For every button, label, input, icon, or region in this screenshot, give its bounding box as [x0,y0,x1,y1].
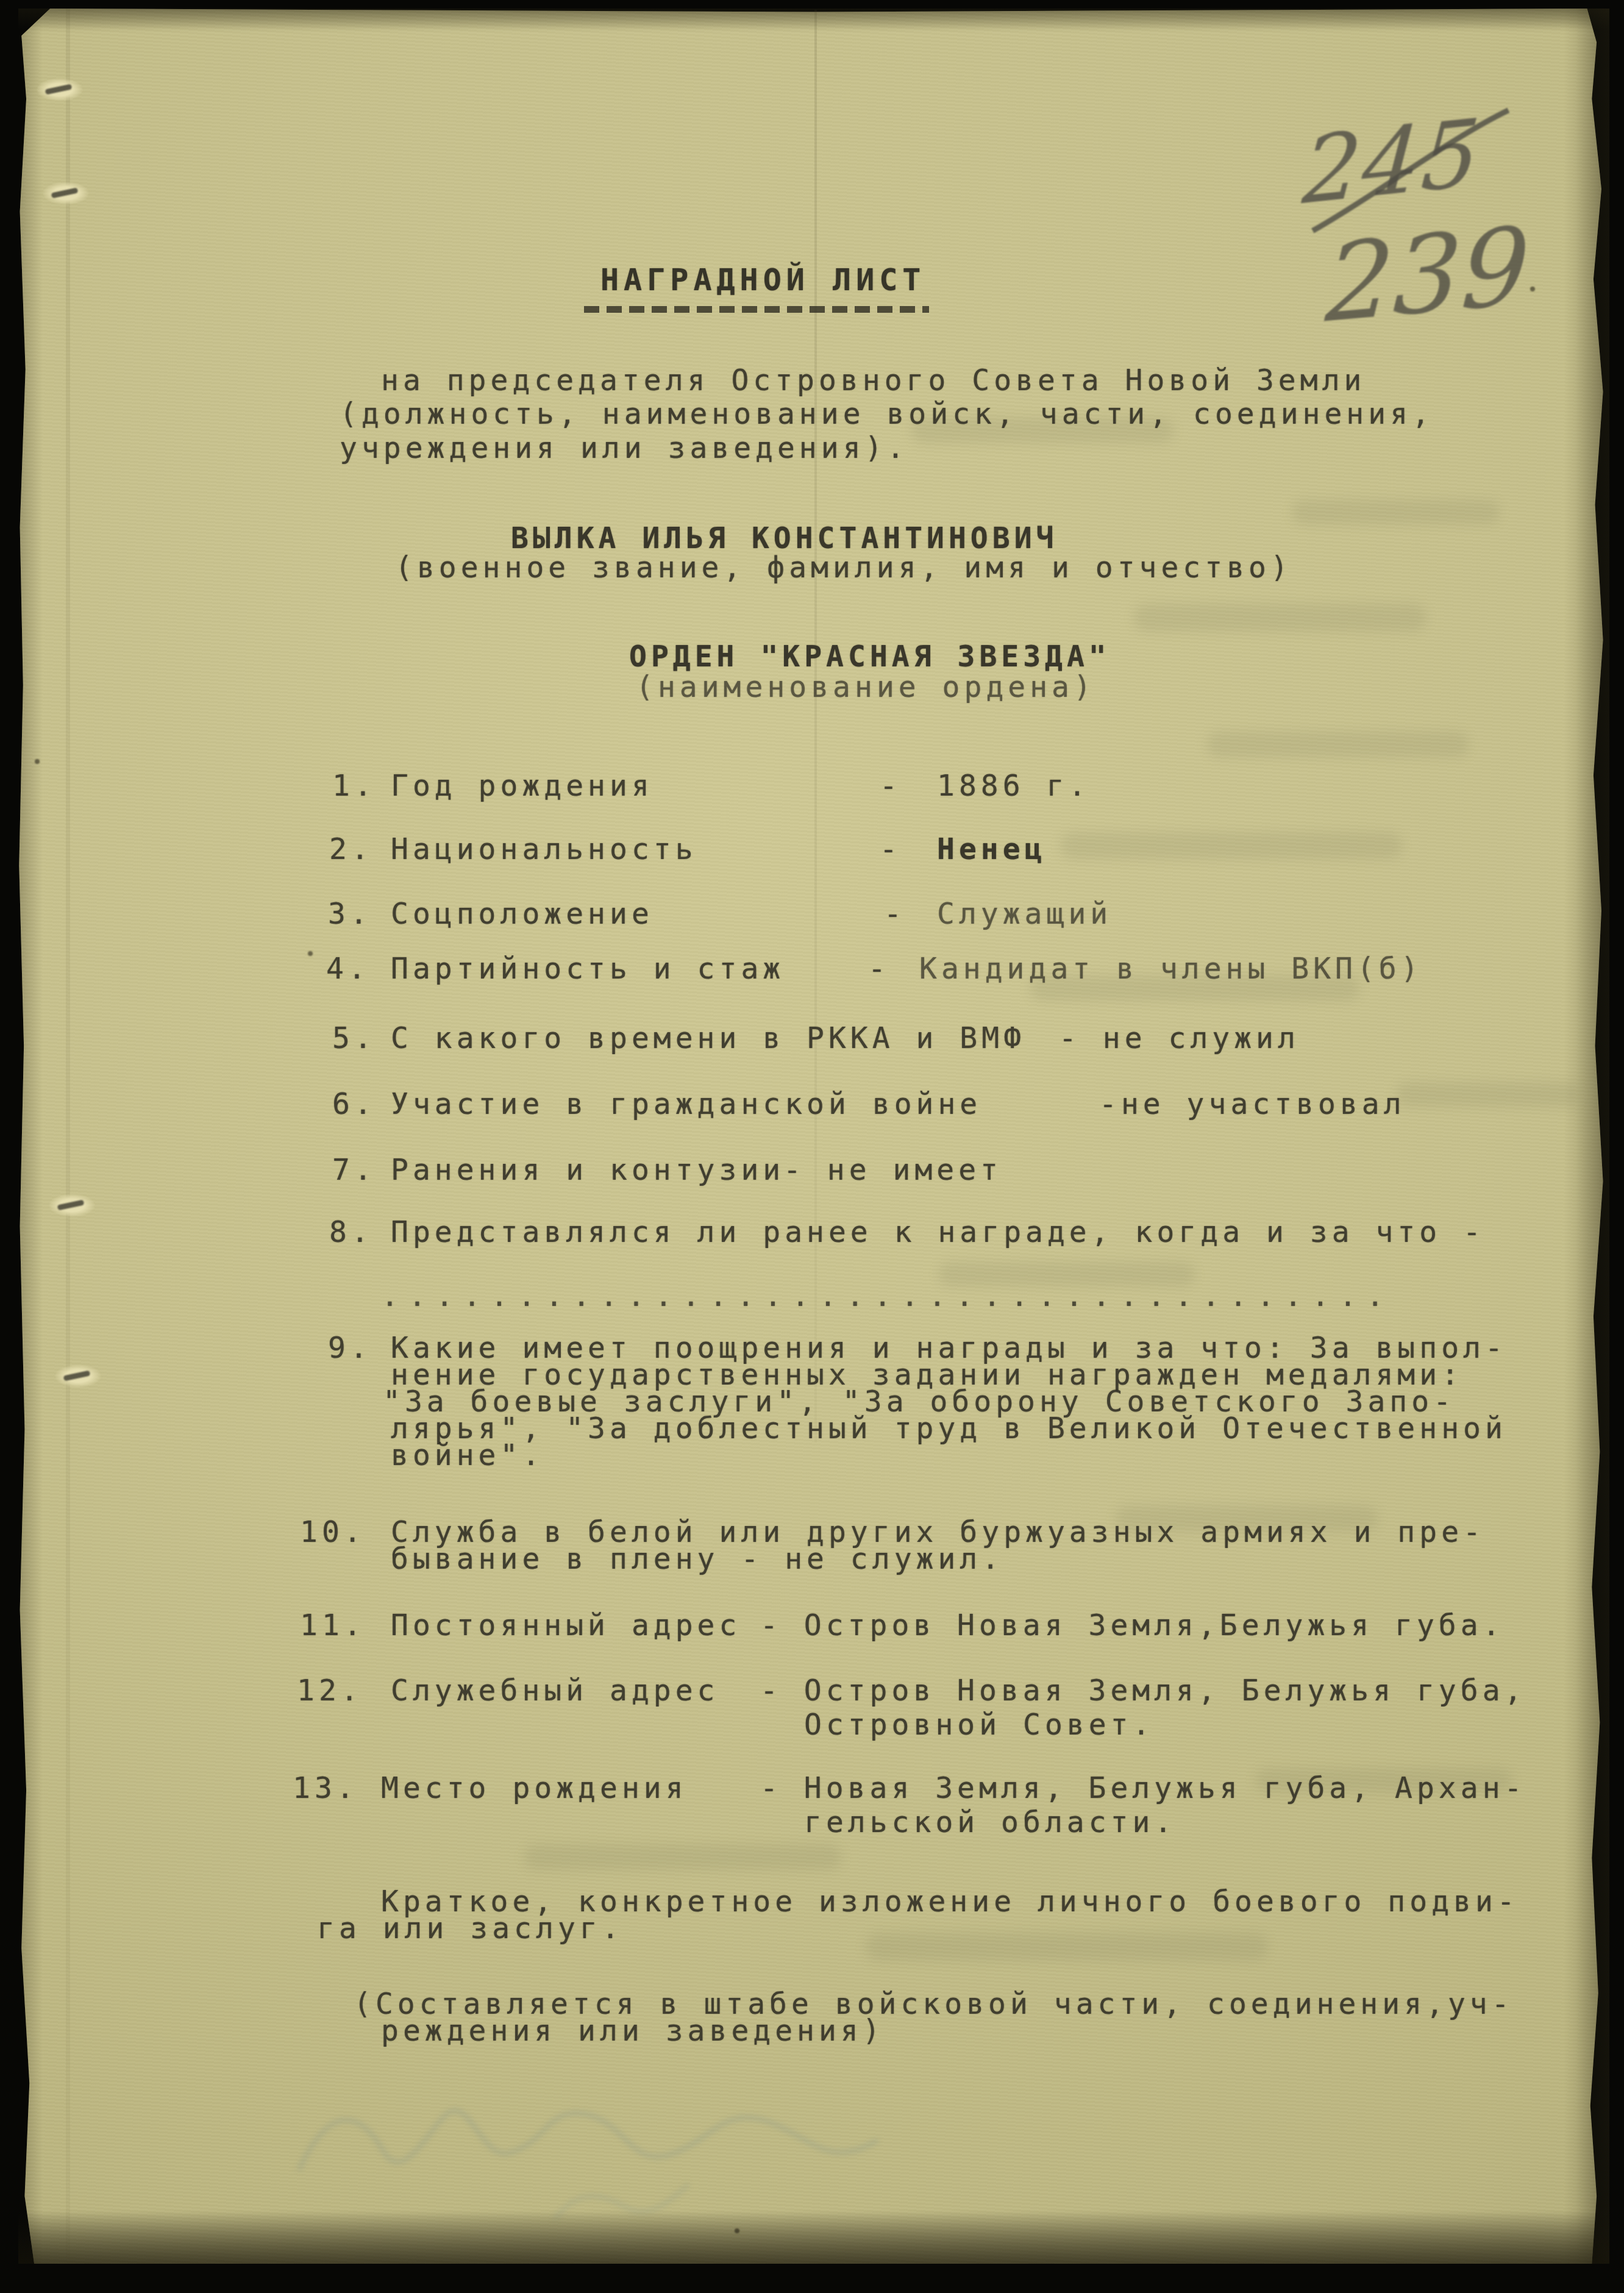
field-6-value: -не участвовал [1099,1088,1406,1121]
bleedthrough-smudge [1061,832,1402,859]
field-6-number: 6. [332,1088,376,1121]
document-title: НАГРАДНОЙ ЛИСТ [600,263,925,298]
field-9-line-4: лярья", "За доблестный труд в Великой От… [391,1412,1507,1446]
bleedthrough-smudge [866,1933,1268,1961]
field-2-number: 2. [329,833,373,866]
field-4-number: 4. [326,952,370,986]
summary-line-2: га или заслуг. [317,1912,624,1945]
bleedthrough-smudge [1396,1082,1579,1107]
field-4-label: Партийность и стаж [391,952,785,986]
field-5-number: 5. [332,1022,376,1055]
field-8-dots: ..................................... [381,1280,1394,1313]
field-6-label: Участие в гражданской войне [391,1088,981,1121]
handwritten-page-number: 239 [1323,204,1532,347]
field-11-number: 11. [300,1609,366,1642]
paper-speck [35,759,40,764]
award-name: ОРДЕН "КРАСНАЯ ЗВЕЗДА" [629,640,1111,674]
field-7-number: 7. [332,1154,376,1187]
position-line-2: (должность, наименование войск, части, с… [340,398,1434,431]
field-10-number: 10. [300,1516,366,1549]
field-12-number: 12. [297,1674,363,1708]
bleedthrough-smudge [1207,732,1469,757]
ghost-handwriting [262,2049,1116,2244]
field-5-value: - не служил [1059,1022,1300,1055]
position-line-3: учреждения или заведения). [340,432,908,465]
scan-background: 245 239 НАГРАДНОЙ ЛИСТ на председателя О… [0,0,1624,2293]
field-4-value: Кандидат в члены ВКП(б) [919,952,1423,986]
award-name-caption: (наименование ордена) [636,671,1095,704]
bleedthrough-smudge [524,1844,841,1870]
field-3-dash: - [884,897,906,931]
field-13-number: 13. [293,1772,358,1805]
pin-hole [43,182,89,205]
document-content: 245 239 НАГРАДНОЙ ЛИСТ на председателя О… [0,0,1624,2293]
field-13-label: Место рождения [381,1772,688,1805]
awardee-name-caption: (военное звание, фамилия, имя и отчество… [395,551,1292,585]
field-7-label: Ранения и контузии [391,1154,785,1187]
position-line-1: на председателя Островного Совета Новой … [381,364,1366,398]
note-line-2: реждения или заведения) [381,2014,885,2048]
field-3-number: 3. [328,897,372,931]
field-3-label: Соцположение [391,897,654,931]
paper-speck [1530,287,1535,291]
field-2-dash: - [880,833,902,866]
field-5-label: С какого времени в РККА и ВМФ [391,1022,1025,1055]
pin-hole [37,78,83,101]
field-1-dash: - [880,769,902,803]
field-12-value-2: Островной Совет. [804,1708,1154,1742]
bleedthrough-smudge [1292,500,1500,524]
field-13-value: - Новая Земля, Белужья губа, Архан- [760,1772,1526,1805]
pin-hole [49,1194,95,1217]
bleedthrough-smudge [1134,604,1426,632]
field-12-label: Служебный адрес [391,1674,719,1708]
field-11-value: - Остров Новая Земля,Белужья губа. [760,1609,1505,1642]
field-3-value: Служащий [937,897,1112,931]
field-2-label: Национальность [391,833,697,866]
field-12-value: - Остров Новая Земля, Белужья губа, [760,1674,1526,1708]
field-1-label: Год рождения [391,769,654,803]
field-8-number: 8. [329,1216,373,1249]
field-7-value: - не имеет [783,1154,1002,1187]
field-4-dash: - [868,952,890,986]
field-1-value: 1886 г. [937,769,1090,803]
paper-speck [308,951,313,956]
pin-hole [55,1364,101,1388]
field-10-line-2: бывание в плену - не служил. [391,1542,1003,1576]
field-2-value: Ненец [937,833,1047,866]
field-13-value-2: гельской области. [804,1806,1176,1839]
field-8-label: Представлялся ли ранее к награде, когда … [391,1216,1485,1249]
field-9-number: 9. [328,1332,372,1365]
title-underline [584,306,929,313]
field-11-label: Постоянный адрес [391,1609,741,1642]
field-9-line-5: войне". [391,1439,544,1472]
field-1-number: 1. [332,769,376,803]
